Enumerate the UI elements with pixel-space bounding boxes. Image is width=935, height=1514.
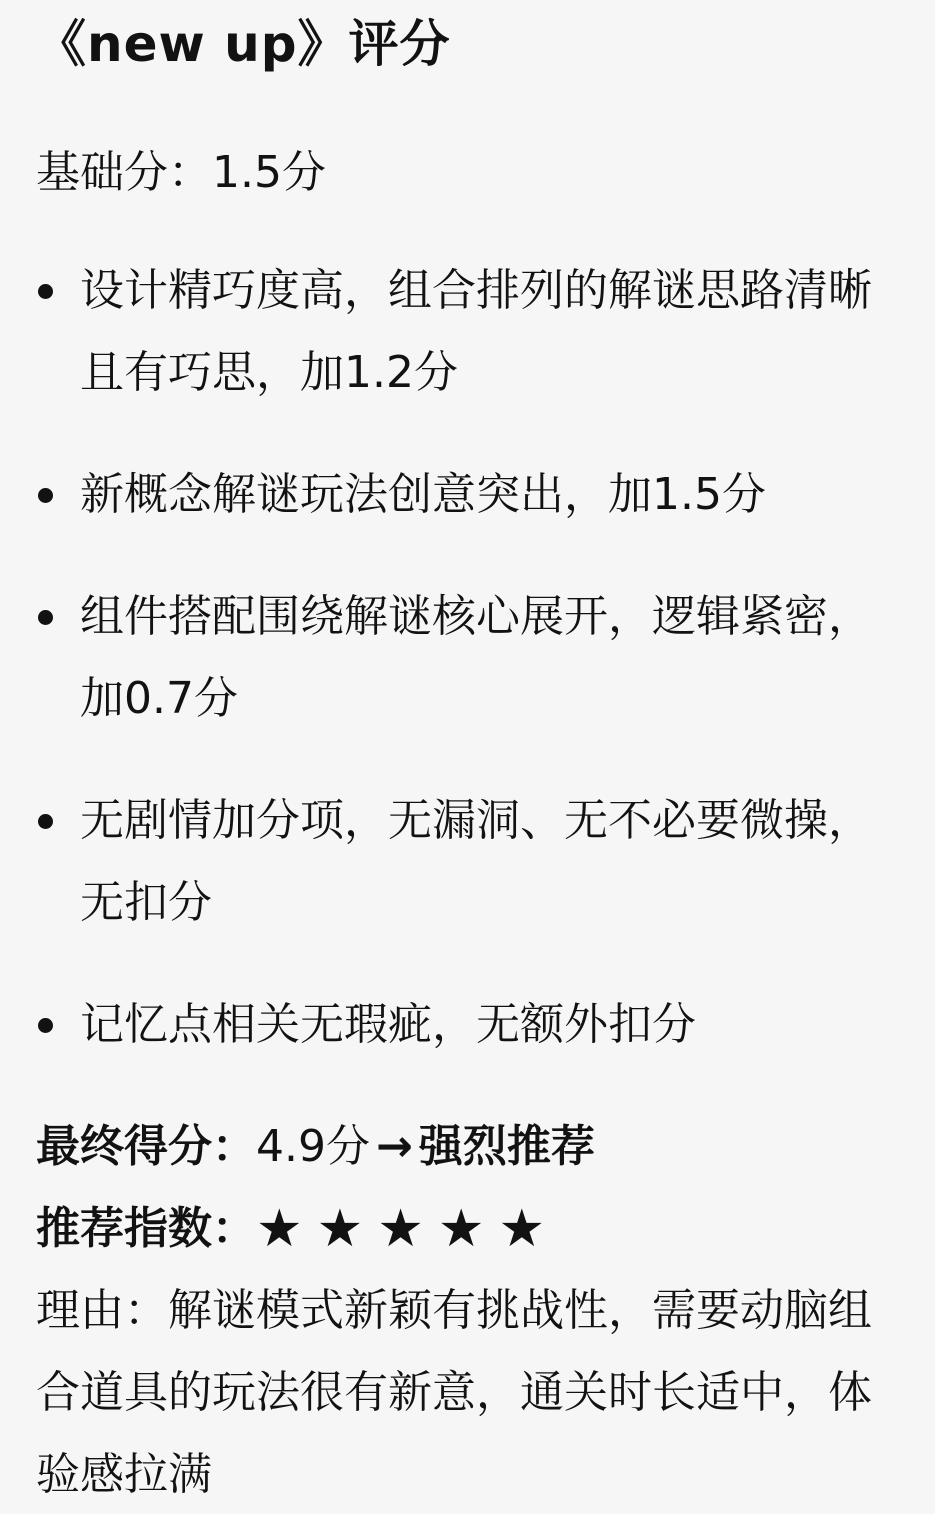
bullet-icon	[38, 814, 53, 829]
summary-block: 最终得分：4.9分→强烈推荐 推荐指数：★★★★★ 理由：解谜模式新颖有挑战性，…	[36, 1106, 907, 1514]
final-score-line: 最终得分：4.9分→强烈推荐	[36, 1106, 907, 1188]
score-bullet-list: 设计精巧度高，组合排列的解谜思路清晰且有巧思，加1.2分 新概念解谜玩法创意突出…	[36, 250, 907, 1066]
final-score-label: 最终得分：	[36, 1121, 256, 1172]
page-title: 《new up》评分	[36, 14, 907, 74]
list-item: 组件搭配围绕解谜核心展开，逻辑紧密，加0.7分	[36, 576, 907, 740]
list-item: 设计精巧度高，组合排列的解谜思路清晰且有巧思，加1.2分	[36, 250, 907, 414]
final-score-value: 4.9分	[256, 1121, 370, 1172]
recommend-index-label: 推荐指数：	[36, 1203, 256, 1254]
list-item: 记忆点相关无瑕疵，无额外扣分	[36, 984, 907, 1066]
bullet-icon	[38, 1018, 53, 1033]
bullet-icon	[38, 610, 53, 625]
list-item: 无剧情加分项，无漏洞、无不必要微操，无扣分	[36, 780, 907, 944]
recommend-index-line: 推荐指数：★★★★★	[36, 1188, 907, 1270]
bullet-text: 设计精巧度高，组合排列的解谜思路清晰且有巧思，加1.2分	[80, 265, 872, 398]
bullet-text: 组件搭配围绕解谜核心展开，逻辑紧密，加0.7分	[80, 591, 872, 724]
base-score-line: 基础分：1.5分	[36, 132, 907, 214]
list-item: 新概念解谜玩法创意突出，加1.5分	[36, 454, 907, 536]
star-rating-icons: ★★★★★	[256, 1199, 559, 1259]
bullet-icon	[38, 284, 53, 299]
bullet-icon	[38, 488, 53, 503]
arrow-icon: →	[370, 1121, 419, 1172]
bullet-text: 记忆点相关无瑕疵，无额外扣分	[80, 999, 696, 1050]
bullet-text: 无剧情加分项，无漏洞、无不必要微操，无扣分	[80, 795, 872, 928]
reason-paragraph: 理由：解谜模式新颖有挑战性，需要动脑组合道具的玩法很有新意，通关时长适中，体验感…	[36, 1270, 907, 1514]
verdict-text: 强烈推荐	[419, 1121, 595, 1172]
bullet-text: 新概念解谜玩法创意突出，加1.5分	[80, 469, 766, 520]
note-page: 《new up》评分 基础分：1.5分 设计精巧度高，组合排列的解谜思路清晰且有…	[0, 0, 935, 1514]
